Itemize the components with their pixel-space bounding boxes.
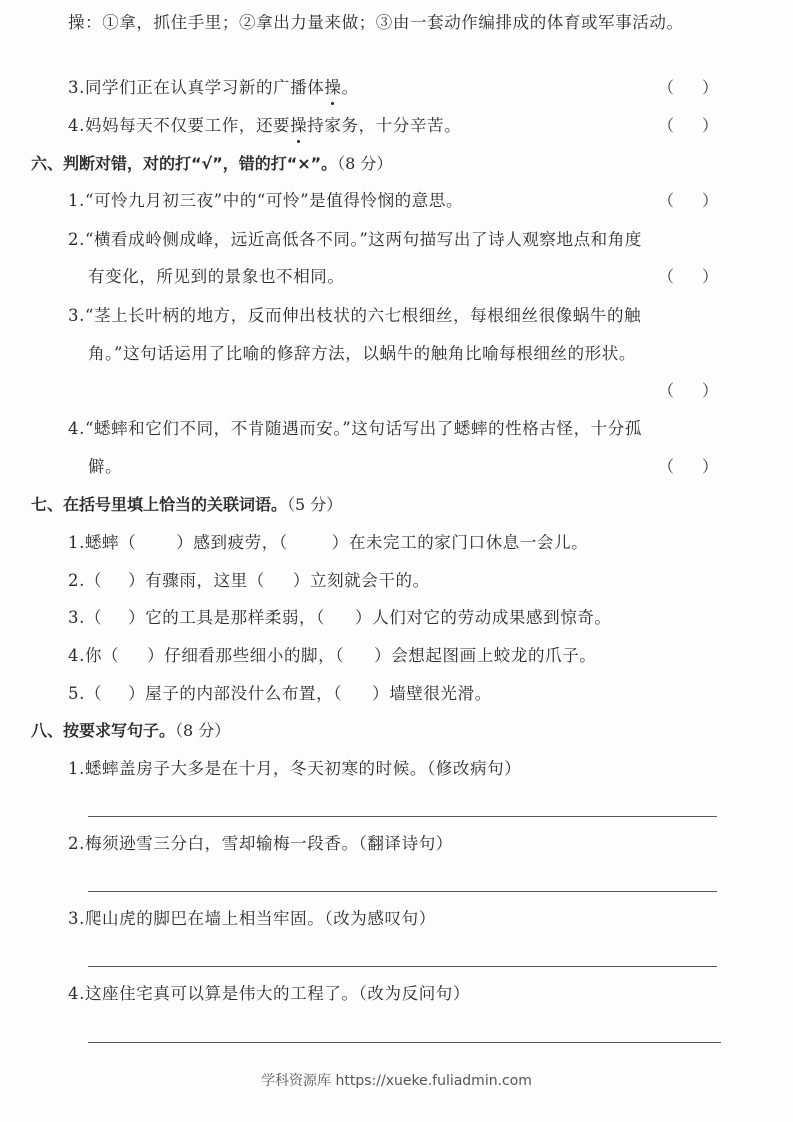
section-8-heading: 八、按要求写句子。（8 分） (31, 720, 230, 742)
answer-paren-s5-3[interactable]: （） (658, 77, 718, 99)
paren-open: （ (658, 456, 674, 478)
emphasis-dot-char: 操 (324, 77, 341, 99)
answer-paren-s6-4[interactable]: （） (658, 456, 718, 478)
item-number: 3. (68, 78, 85, 97)
answer-paren-s6-2[interactable]: （） (658, 266, 718, 288)
worksheet-page: 操：①拿，抓住手里；②拿出力量来做；③由一套动作编排成的体育或军事活动。 3.同… (0, 0, 793, 1122)
item-text: ）有骤雨，这里（ (128, 571, 265, 590)
paren-open: （ (658, 266, 674, 288)
s7-item-5: 5.（）屋子的内部没什么布置，（）墙壁很光滑。 (68, 683, 492, 705)
paren-close: ） (702, 115, 718, 137)
s7-item-1: 1.蟋蟀（）感到疲劳，（）在未完工的家门口休息一会儿。 (68, 532, 588, 554)
paren-open: （ (658, 115, 674, 137)
emphasis-dot-char: 操 (290, 115, 307, 137)
paren-close: ） (702, 380, 718, 402)
s6-item-2-line2: 有变化，所见到的景象也不相同。 (88, 266, 345, 288)
item-text: ）在未完工的家门口休息一会儿。 (332, 533, 589, 552)
paren-close: ） (702, 190, 718, 212)
answer-paren-s6-3[interactable]: （） (658, 380, 718, 402)
item-number: 5. (68, 684, 85, 703)
answer-line-3[interactable] (88, 966, 717, 967)
answer-line-2[interactable] (88, 891, 717, 892)
section-title: 七、在括号里填上恰当的关联词语。 (31, 495, 287, 514)
item-text: ）仔细看那些细小的脚，（ (147, 646, 344, 665)
answer-paren-s5-4[interactable]: （） (658, 115, 718, 137)
item-number: 4. (68, 116, 85, 135)
s7-item-3: 3.（）它的工具是那样柔弱，（）人们对它的劳动成果感到惊奇。 (68, 607, 612, 629)
item-text: 你（ (85, 646, 119, 665)
item-number: 1. (68, 533, 85, 552)
item-text: （ (85, 571, 102, 590)
item-text: ）墙壁很光滑。 (372, 684, 492, 703)
s5-item-3: 3.同学们正在认真学习新的广播体操。 (68, 77, 359, 99)
section-title: 六、判断对错，对的打“√”，错的打“×”。 (31, 154, 337, 173)
section-6-heading: 六、判断对错，对的打“√”，错的打“×”。（8 分） (31, 153, 392, 175)
item-number: 4. (68, 646, 85, 665)
item-text: 蟋蟀（ (85, 533, 136, 552)
footer-watermark: 学科资源库 https://xueke.fuliadmin.com (0, 1070, 793, 1090)
paren-close: ） (702, 77, 718, 99)
item-text: ）人们对它的劳动成果感到惊奇。 (355, 608, 612, 627)
s6-item-4-line2: 僻。 (88, 456, 122, 478)
s8-item-3: 3.爬山虎的脚巴在墙上相当牢固。（改为感叹句） (68, 908, 436, 930)
answer-line-1[interactable] (88, 816, 717, 817)
section-points: （5 分） (287, 495, 342, 514)
section-points: （8 分） (337, 154, 392, 173)
s6-item-2-line1: 2.“横看成岭侧成峰，远近高低各不同。”这两句描写出了诗人观察地点和角度 (68, 229, 642, 251)
item-text: ）屋子的内部没什么布置，（ (128, 684, 342, 703)
answer-line-4[interactable] (88, 1042, 721, 1043)
s8-item-2: 2.梅须逊雪三分白，雪却输梅一段香。（翻译诗句） (68, 833, 453, 855)
answer-paren-s6-1[interactable]: （） (658, 190, 718, 212)
item-text: （ (85, 684, 102, 703)
paren-open: （ (658, 77, 674, 99)
s6-item-3-line1: 3.“茎上长叶柄的地方，反而伸出枝状的六七根细丝，每根细丝很像蜗牛的触 (68, 305, 641, 327)
item-text: 持家务，十分辛苦。 (307, 116, 461, 135)
section-7-heading: 七、在括号里填上恰当的关联词语。（5 分） (31, 494, 342, 516)
paren-close: ） (702, 456, 718, 478)
item-number: 3. (68, 608, 85, 627)
section-points: （8 分） (175, 721, 230, 740)
s7-item-4: 4.你（）仔细看那些细小的脚，（）会想起图画上蛟龙的爪子。 (68, 645, 596, 667)
item-text: 同学们正在认真学习新的广播体 (85, 78, 324, 97)
item-text: （ (85, 608, 102, 627)
s5-item-4: 4.妈妈每天不仅要工作，还要操持家务，十分辛苦。 (68, 115, 461, 137)
s6-item-1: 1.“可怜九月初三夜”中的“可怜”是值得怜悯的意思。 (68, 190, 463, 212)
paren-open: （ (658, 380, 674, 402)
paren-close: ） (702, 266, 718, 288)
item-number: 2. (68, 571, 85, 590)
s8-item-4: 4.这座住宅真可以算是伟大的工程了。（改为反问句） (68, 983, 470, 1005)
item-text: ）立刻就会干的。 (293, 571, 430, 590)
item-text: ）它的工具是那样柔弱，（ (128, 608, 325, 627)
item-text: ）会想起图画上蛟龙的爪子。 (374, 646, 596, 665)
item-text: 妈妈每天不仅要工作，还要 (85, 116, 290, 135)
paren-open: （ (658, 190, 674, 212)
s8-item-1: 1.蟋蟀盖房子大多是在十月，冬天初寒的时候。（修改病句） (68, 758, 521, 780)
definition-line: 操：①拿，抓住手里；②拿出力量来做；③由一套动作编排成的体育或军事活动。 (68, 12, 684, 34)
s7-item-2: 2.（）有骤雨，这里（）立刻就会干的。 (68, 570, 430, 592)
section-title: 八、按要求写句子。 (31, 721, 175, 740)
item-text: 。 (341, 78, 358, 97)
s6-item-3-line2: 角。”这句话运用了比喻的修辞方法，以蜗牛的触角比喻每根细丝的形状。 (88, 343, 636, 365)
item-text: ）感到疲劳，（ (176, 533, 287, 552)
s6-item-4-line1: 4.“蟋蟀和它们不同，不肯随遇而安。”这句话写出了蟋蟀的性格古怪，十分孤 (68, 418, 642, 440)
